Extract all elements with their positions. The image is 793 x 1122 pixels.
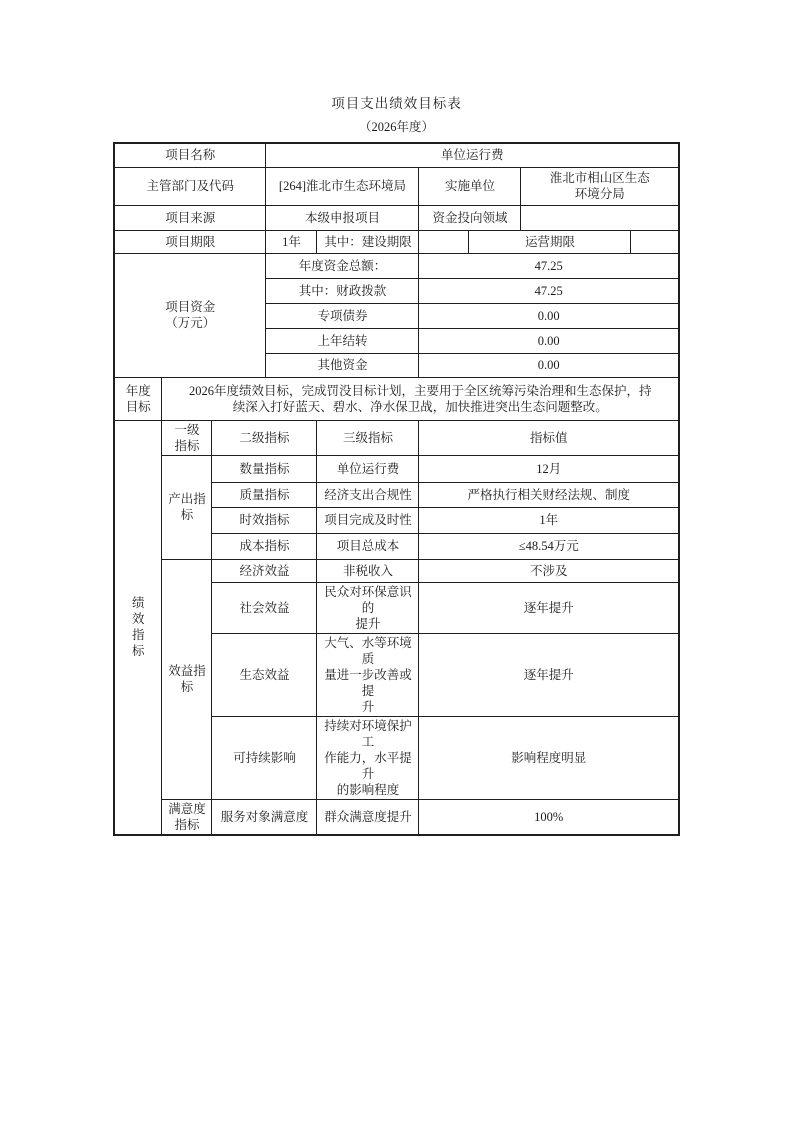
indicator-level2: 生态效益 <box>212 633 317 716</box>
page-subtitle: （2026年度） <box>0 120 793 134</box>
annual-goal-text: 2026年度绩效目标，完成罚没目标计划，主要用于全区统筹污染治理和生态保护，持 … <box>162 377 679 420</box>
indicator-level3: 单位运行费 <box>317 455 419 482</box>
row-fund-total: 项目资金 （万元） 年度资金总额： 47.25 <box>114 253 679 278</box>
project-period-value: 1年 <box>266 230 317 253</box>
header-level3: 三级指标 <box>317 420 419 455</box>
group-satisfaction-label: 满意度 指标 <box>162 799 212 835</box>
row-department: 主管部门及代码 [264]淮北市生态环境局 实施单位 淮北市相山区生态 环境分局 <box>114 167 679 205</box>
performance-indicator-label: 绩 效 指 标 <box>114 420 162 835</box>
row-indicator-header: 绩 效 指 标 一级 指标 二级指标 三级指标 指标值 <box>114 420 679 455</box>
performance-target-table: 项目名称 单位运行费 主管部门及代码 [264]淮北市生态环境局 实施单位 淮北… <box>113 142 680 836</box>
fund-total-label: 年度资金总额： <box>266 253 419 278</box>
indicator-value: 不涉及 <box>419 559 679 582</box>
construction-period-value <box>419 230 469 253</box>
project-funds-label: 项目资金 （万元） <box>114 253 266 377</box>
header-level1: 一级 指标 <box>162 420 212 455</box>
indicator-value: 影响程度明显 <box>419 716 679 799</box>
indicator-level3: 民众对环保意识的 提升 <box>317 582 419 633</box>
fund-carryover-value: 0.00 <box>419 328 679 353</box>
indicator-level2: 成本指标 <box>212 533 317 559</box>
indicator-level2: 数量指标 <box>212 455 317 482</box>
indicator-level2: 社会效益 <box>212 582 317 633</box>
impl-unit-label: 实施单位 <box>419 167 521 205</box>
project-source-label: 项目来源 <box>114 205 266 230</box>
group-output-label: 产出指 标 <box>162 455 212 559</box>
indicator-level2: 质量指标 <box>212 482 317 507</box>
row-benefit-economic: 效益指 标 经济效益 非税收入 不涉及 <box>114 559 679 582</box>
fund-fiscal-label: 其中：财政拨款 <box>266 278 419 303</box>
indicator-level3: 群众满意度提升 <box>317 799 419 835</box>
indicator-level2: 经济效益 <box>212 559 317 582</box>
annual-goal-label: 年度 目标 <box>114 377 162 420</box>
fund-total-value: 47.25 <box>419 253 679 278</box>
indicator-level3: 持续对环境保护工 作能力，水平提升 的影响程度 <box>317 716 419 799</box>
indicator-value: 12月 <box>419 455 679 482</box>
construction-period-label: 其中：建设期限 <box>317 230 419 253</box>
project-name-label: 项目名称 <box>114 143 266 167</box>
fund-carryover-label: 上年结转 <box>266 328 419 353</box>
indicator-level2: 时效指标 <box>212 507 317 533</box>
project-name-value: 单位运行费 <box>266 143 679 167</box>
department-label: 主管部门及代码 <box>114 167 266 205</box>
row-project-source: 项目来源 本级申报项目 资金投向领域 <box>114 205 679 230</box>
indicator-value: ≤48.54万元 <box>419 533 679 559</box>
page-title: 项目支出绩效目标表 <box>0 96 793 111</box>
operation-period-label: 运营期限 <box>469 230 631 253</box>
document-page: 项目支出绩效目标表 （2026年度） 项目名称 单位运行费 主管部门及代码 [2… <box>0 0 793 1122</box>
operation-period-value <box>631 230 679 253</box>
indicator-level3: 项目完成及时性 <box>317 507 419 533</box>
impl-unit-value: 淮北市相山区生态 环境分局 <box>521 167 679 205</box>
department-value: [264]淮北市生态环境局 <box>266 167 419 205</box>
row-satisfaction: 满意度 指标 服务对象满意度 群众满意度提升 100% <box>114 799 679 835</box>
group-benefit-label: 效益指 标 <box>162 559 212 799</box>
fund-field-label: 资金投向领域 <box>419 205 521 230</box>
indicator-value: 逐年提升 <box>419 633 679 716</box>
fund-other-label: 其他资金 <box>266 353 419 377</box>
indicator-value: 逐年提升 <box>419 582 679 633</box>
indicator-level3: 经济支出合规性 <box>317 482 419 507</box>
indicator-value: 1年 <box>419 507 679 533</box>
indicator-value: 100% <box>419 799 679 835</box>
indicator-value: 严格执行相关财经法规、制度 <box>419 482 679 507</box>
indicator-level2: 可持续影响 <box>212 716 317 799</box>
row-output-quantity: 产出指 标 数量指标 单位运行费 12月 <box>114 455 679 482</box>
row-project-name: 项目名称 单位运行费 <box>114 143 679 167</box>
indicator-level3: 大气、水等环境质 量进一步改善或提 升 <box>317 633 419 716</box>
header-level2: 二级指标 <box>212 420 317 455</box>
fund-fiscal-value: 47.25 <box>419 278 679 303</box>
fund-other-value: 0.00 <box>419 353 679 377</box>
fund-field-value <box>521 205 679 230</box>
header-indicator-value: 指标值 <box>419 420 679 455</box>
fund-bond-value: 0.00 <box>419 303 679 328</box>
indicator-level3: 非税收入 <box>317 559 419 582</box>
row-project-period: 项目期限 1年 其中：建设期限 运营期限 <box>114 230 679 253</box>
indicator-level3: 项目总成本 <box>317 533 419 559</box>
row-annual-goal: 年度 目标 2026年度绩效目标，完成罚没目标计划，主要用于全区统筹污染治理和生… <box>114 377 679 420</box>
project-source-value: 本级申报项目 <box>266 205 419 230</box>
indicator-level2: 服务对象满意度 <box>212 799 317 835</box>
project-period-label: 项目期限 <box>114 230 266 253</box>
fund-bond-label: 专项债券 <box>266 303 419 328</box>
